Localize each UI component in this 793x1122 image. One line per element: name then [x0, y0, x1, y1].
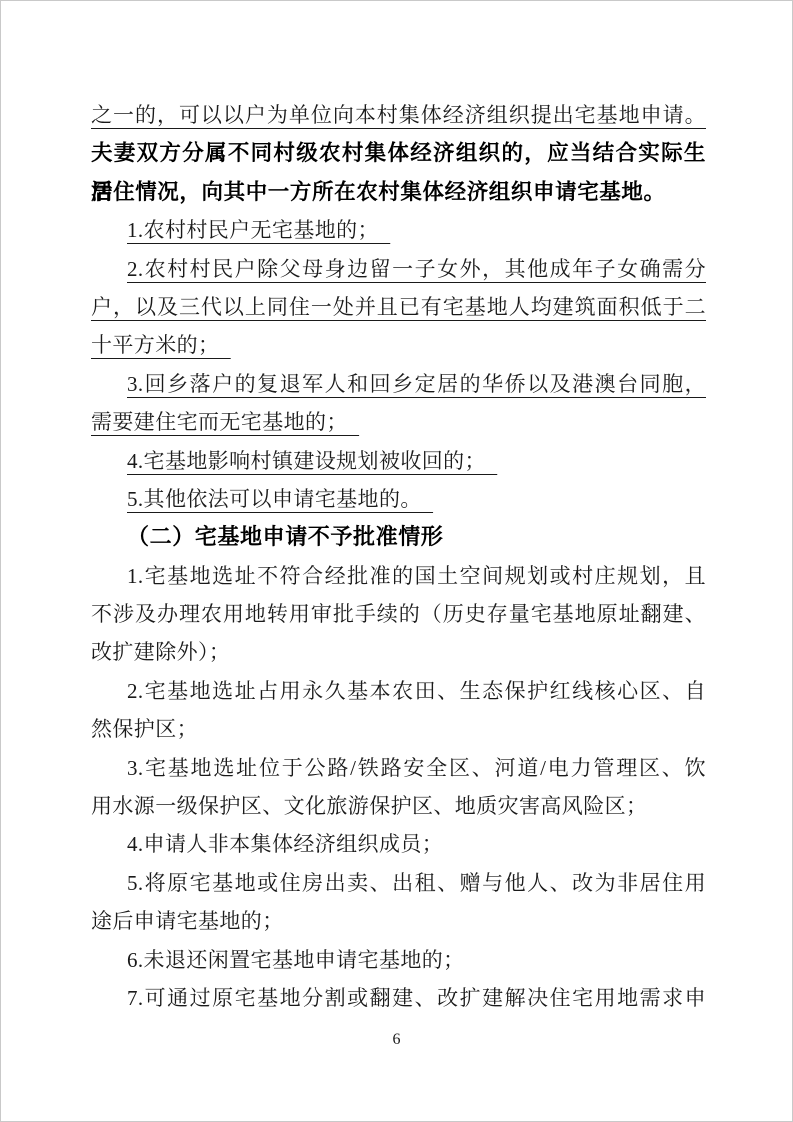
text-line-3: 居住情况，向其中一方所在农村集体经济组织申请宅基地。: [91, 173, 706, 211]
text-line-21: 5.将原宅基地或住房出卖、出租、赠与他人、改为非居住用: [91, 864, 706, 902]
text-line-20: 4.申请人非本集体经济组织成员；: [91, 825, 706, 863]
text-line-9: 需要建住宅而无宅基地的；: [91, 403, 706, 441]
document-page: 之一的，可以以户为单位向本村集体经济组织提出宅基地申请。夫妻双方分属不同村级农村…: [0, 0, 793, 1122]
text-line-16: 2.宅基地选址占用永久基本农田、生态保护红线核心区、自: [91, 672, 706, 710]
text-line-15: 改扩建除外）；: [91, 633, 706, 671]
text-line-13: 1.宅基地选址不符合经批准的国土空间规划或村庄规划，且: [91, 557, 706, 595]
text-line-8: 3.回乡落户的复退军人和回乡定居的华侨以及港澳台同胞，: [91, 365, 706, 403]
text-line-18: 3.宅基地选址位于公路/铁路安全区、河道/电力管理区、饮: [91, 749, 706, 787]
text-line-19: 用水源一级保护区、文化旅游保护区、地质灾害高风险区；: [91, 787, 706, 825]
document-body: 之一的，可以以户为单位向本村集体经济组织提出宅基地申请。夫妻双方分属不同村级农村…: [91, 96, 706, 1017]
text-line-24: 7.可通过原宅基地分割或翻建、改扩建解决住宅用地需求申: [91, 979, 706, 1017]
page-footer: 6: [1, 1025, 792, 1055]
text-line-14: 不涉及办理农用地转用审批手续的（历史存量宅基地原址翻建、: [91, 595, 706, 633]
section-heading: （二）宅基地申请不予批准情形: [91, 518, 706, 556]
text-line-5: 2.农村村民户除父母身边留一子女外，其他成年子女确需分: [91, 250, 706, 288]
text-line-6: 户，以及三代以上同住一处并且已有宅基地人均建筑面积低于二: [91, 288, 706, 326]
text-line-7: 十平方米的；: [91, 326, 706, 364]
text-line-2: 夫妻双方分属不同村级农村集体经济组织的，应当结合实际生活: [91, 134, 706, 172]
text-line-22: 途后申请宅基地的；: [91, 902, 706, 940]
text-line-17: 然保护区；: [91, 710, 706, 748]
text-line-4: 1.农村村民户无宅基地的；: [91, 211, 706, 249]
text-line-23: 6.未退还闲置宅基地申请宅基地的；: [91, 941, 706, 979]
page-number: 6: [393, 1031, 401, 1048]
text-line-10: 4.宅基地影响村镇建设规划被收回的；: [91, 442, 706, 480]
text-line-11: 5.其他依法可以申请宅基地的。: [91, 480, 706, 518]
text-line-1: 之一的，可以以户为单位向本村集体经济组织提出宅基地申请。: [91, 96, 706, 134]
